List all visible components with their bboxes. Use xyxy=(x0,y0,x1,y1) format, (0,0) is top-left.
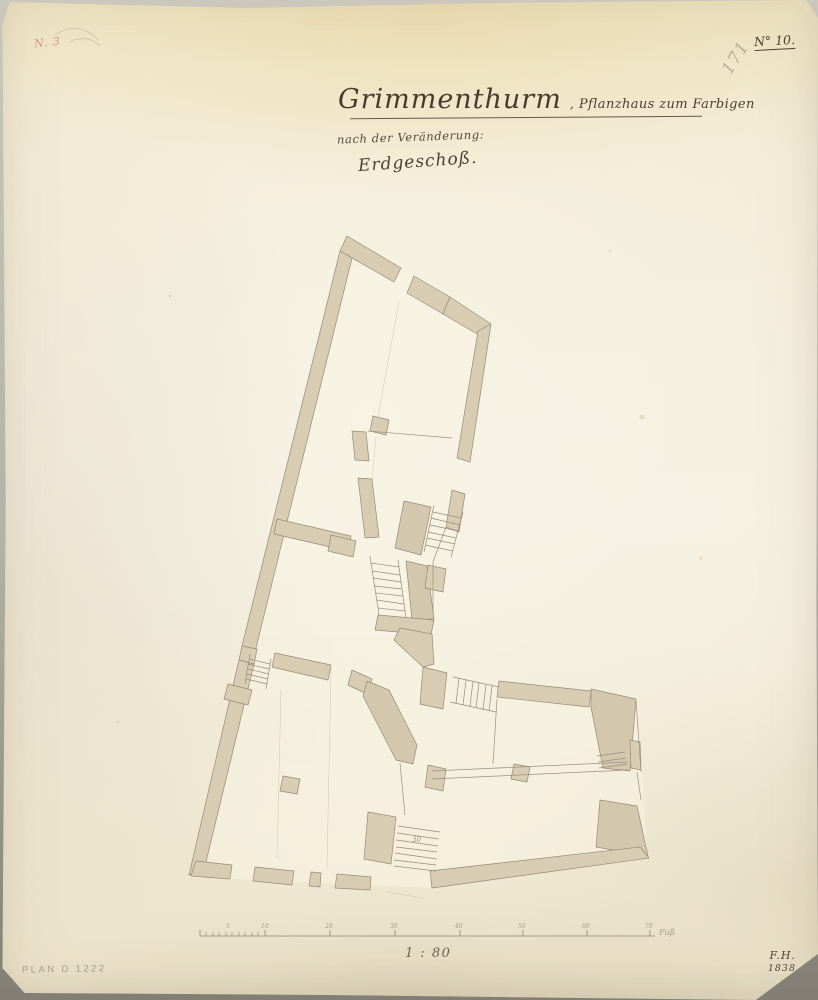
scale-bar xyxy=(200,930,655,936)
draftsman-initials: F.H. xyxy=(752,949,796,962)
svg-text:30: 30 xyxy=(390,923,398,930)
floor-plan-drawing: 30 5 10 20 30 40 50 60 70 Fuß xyxy=(0,0,818,1000)
svg-text:5: 5 xyxy=(226,923,230,930)
scale-bar-labels: 5 10 20 30 40 50 60 70 Fuß xyxy=(226,923,675,937)
svg-text:40: 40 xyxy=(454,923,463,930)
scale-ratio: 1 : 80 xyxy=(405,946,451,961)
svg-text:70: 70 xyxy=(645,923,653,930)
archive-stamp: PLAN D 1222 xyxy=(22,963,107,975)
svg-text:60: 60 xyxy=(582,923,590,930)
signature-block: F.H. 1838 xyxy=(752,949,796,974)
pencil-squiggle xyxy=(55,29,100,46)
svg-text:20: 20 xyxy=(324,923,333,930)
plan-year: 1838 xyxy=(752,963,796,974)
paper-sheet: N. 3 N° 10. 171 Grimmenthurm, Pflanzhaus… xyxy=(0,0,818,1000)
scanned-plan-page: N. 3 N° 10. 171 Grimmenthurm, Pflanzhaus… xyxy=(0,0,818,1000)
svg-text:50: 50 xyxy=(518,923,526,930)
stair-note: 30 xyxy=(412,836,421,844)
scale-unit-label: Fuß xyxy=(658,928,675,937)
svg-text:10: 10 xyxy=(261,923,269,930)
